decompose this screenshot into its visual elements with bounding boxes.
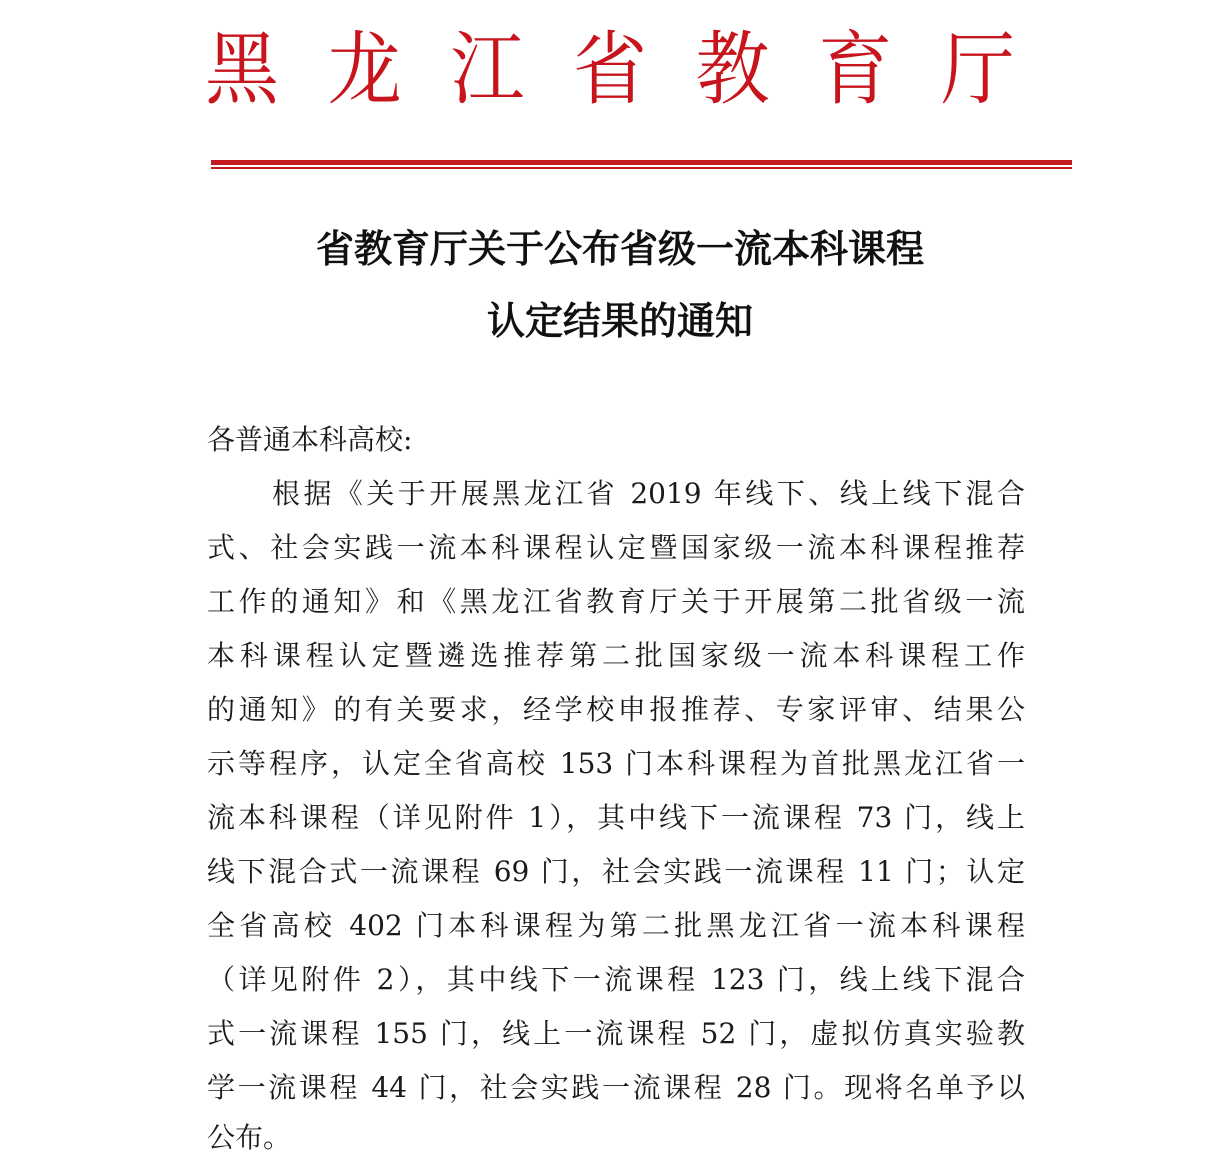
letterhead-char: 省	[573, 27, 647, 113]
letterhead-issuer: 黑 龙 江 省 教 育 厅	[205, 30, 1015, 110]
body-line: 线下混合式一流课程 69 门，社会实践一流课程 11 门；认定	[207, 852, 1025, 892]
body-line: 工作的通知》和《黑龙江省教育厅关于开展第二批省级一流	[207, 582, 1025, 622]
letterhead-char: 育	[818, 27, 892, 113]
body-line: 全省高校 402 门本科课程为第二批黑龙江省一流本科课程	[207, 906, 1025, 946]
letterhead-char: 黑	[205, 27, 279, 113]
body-line: 的通知》的有关要求，经学校申报推荐、专家评审、结果公	[207, 690, 1025, 730]
body-line: 式、社会实践一流本科课程认定暨国家级一流本科课程推荐	[207, 528, 1025, 568]
letterhead-divider-thick	[211, 160, 1072, 165]
letterhead-divider-thin	[211, 167, 1072, 169]
body-line: 学一流课程 44 门，社会实践一流课程 28 门。现将名单予以	[207, 1068, 1025, 1108]
document-title-line-2: 认定结果的通知	[200, 290, 1040, 345]
letterhead-char: 龙	[328, 27, 402, 113]
document-title-line-1: 省教育厅关于公布省级一流本科课程	[200, 218, 1040, 273]
body-line: 流本科课程（详见附件 1），其中线下一流课程 73 门，线上	[207, 798, 1025, 838]
body-line: 根据《关于开展黑龙江省 2019 年线下、线上线下混合	[272, 474, 1025, 514]
body-line: 示等程序，认定全省高校 153 门本科课程为首批黑龙江省一	[207, 744, 1025, 784]
letterhead-char: 教	[696, 27, 770, 113]
body-line: 公布。	[207, 1118, 1025, 1155]
letterhead-char: 江	[450, 27, 524, 113]
body-line: （详见附件 2），其中线下一流课程 123 门，线上线下混合	[207, 960, 1025, 1000]
body-line: 本科课程认定暨遴选推荐第二批国家级一流本科课程工作	[207, 636, 1025, 676]
letterhead-char: 厅	[941, 27, 1015, 113]
salutation: 各普通本科高校:	[207, 418, 1025, 458]
body-line: 式一流课程 155 门，线上一流课程 52 门，虚拟仿真实验教	[207, 1014, 1025, 1054]
